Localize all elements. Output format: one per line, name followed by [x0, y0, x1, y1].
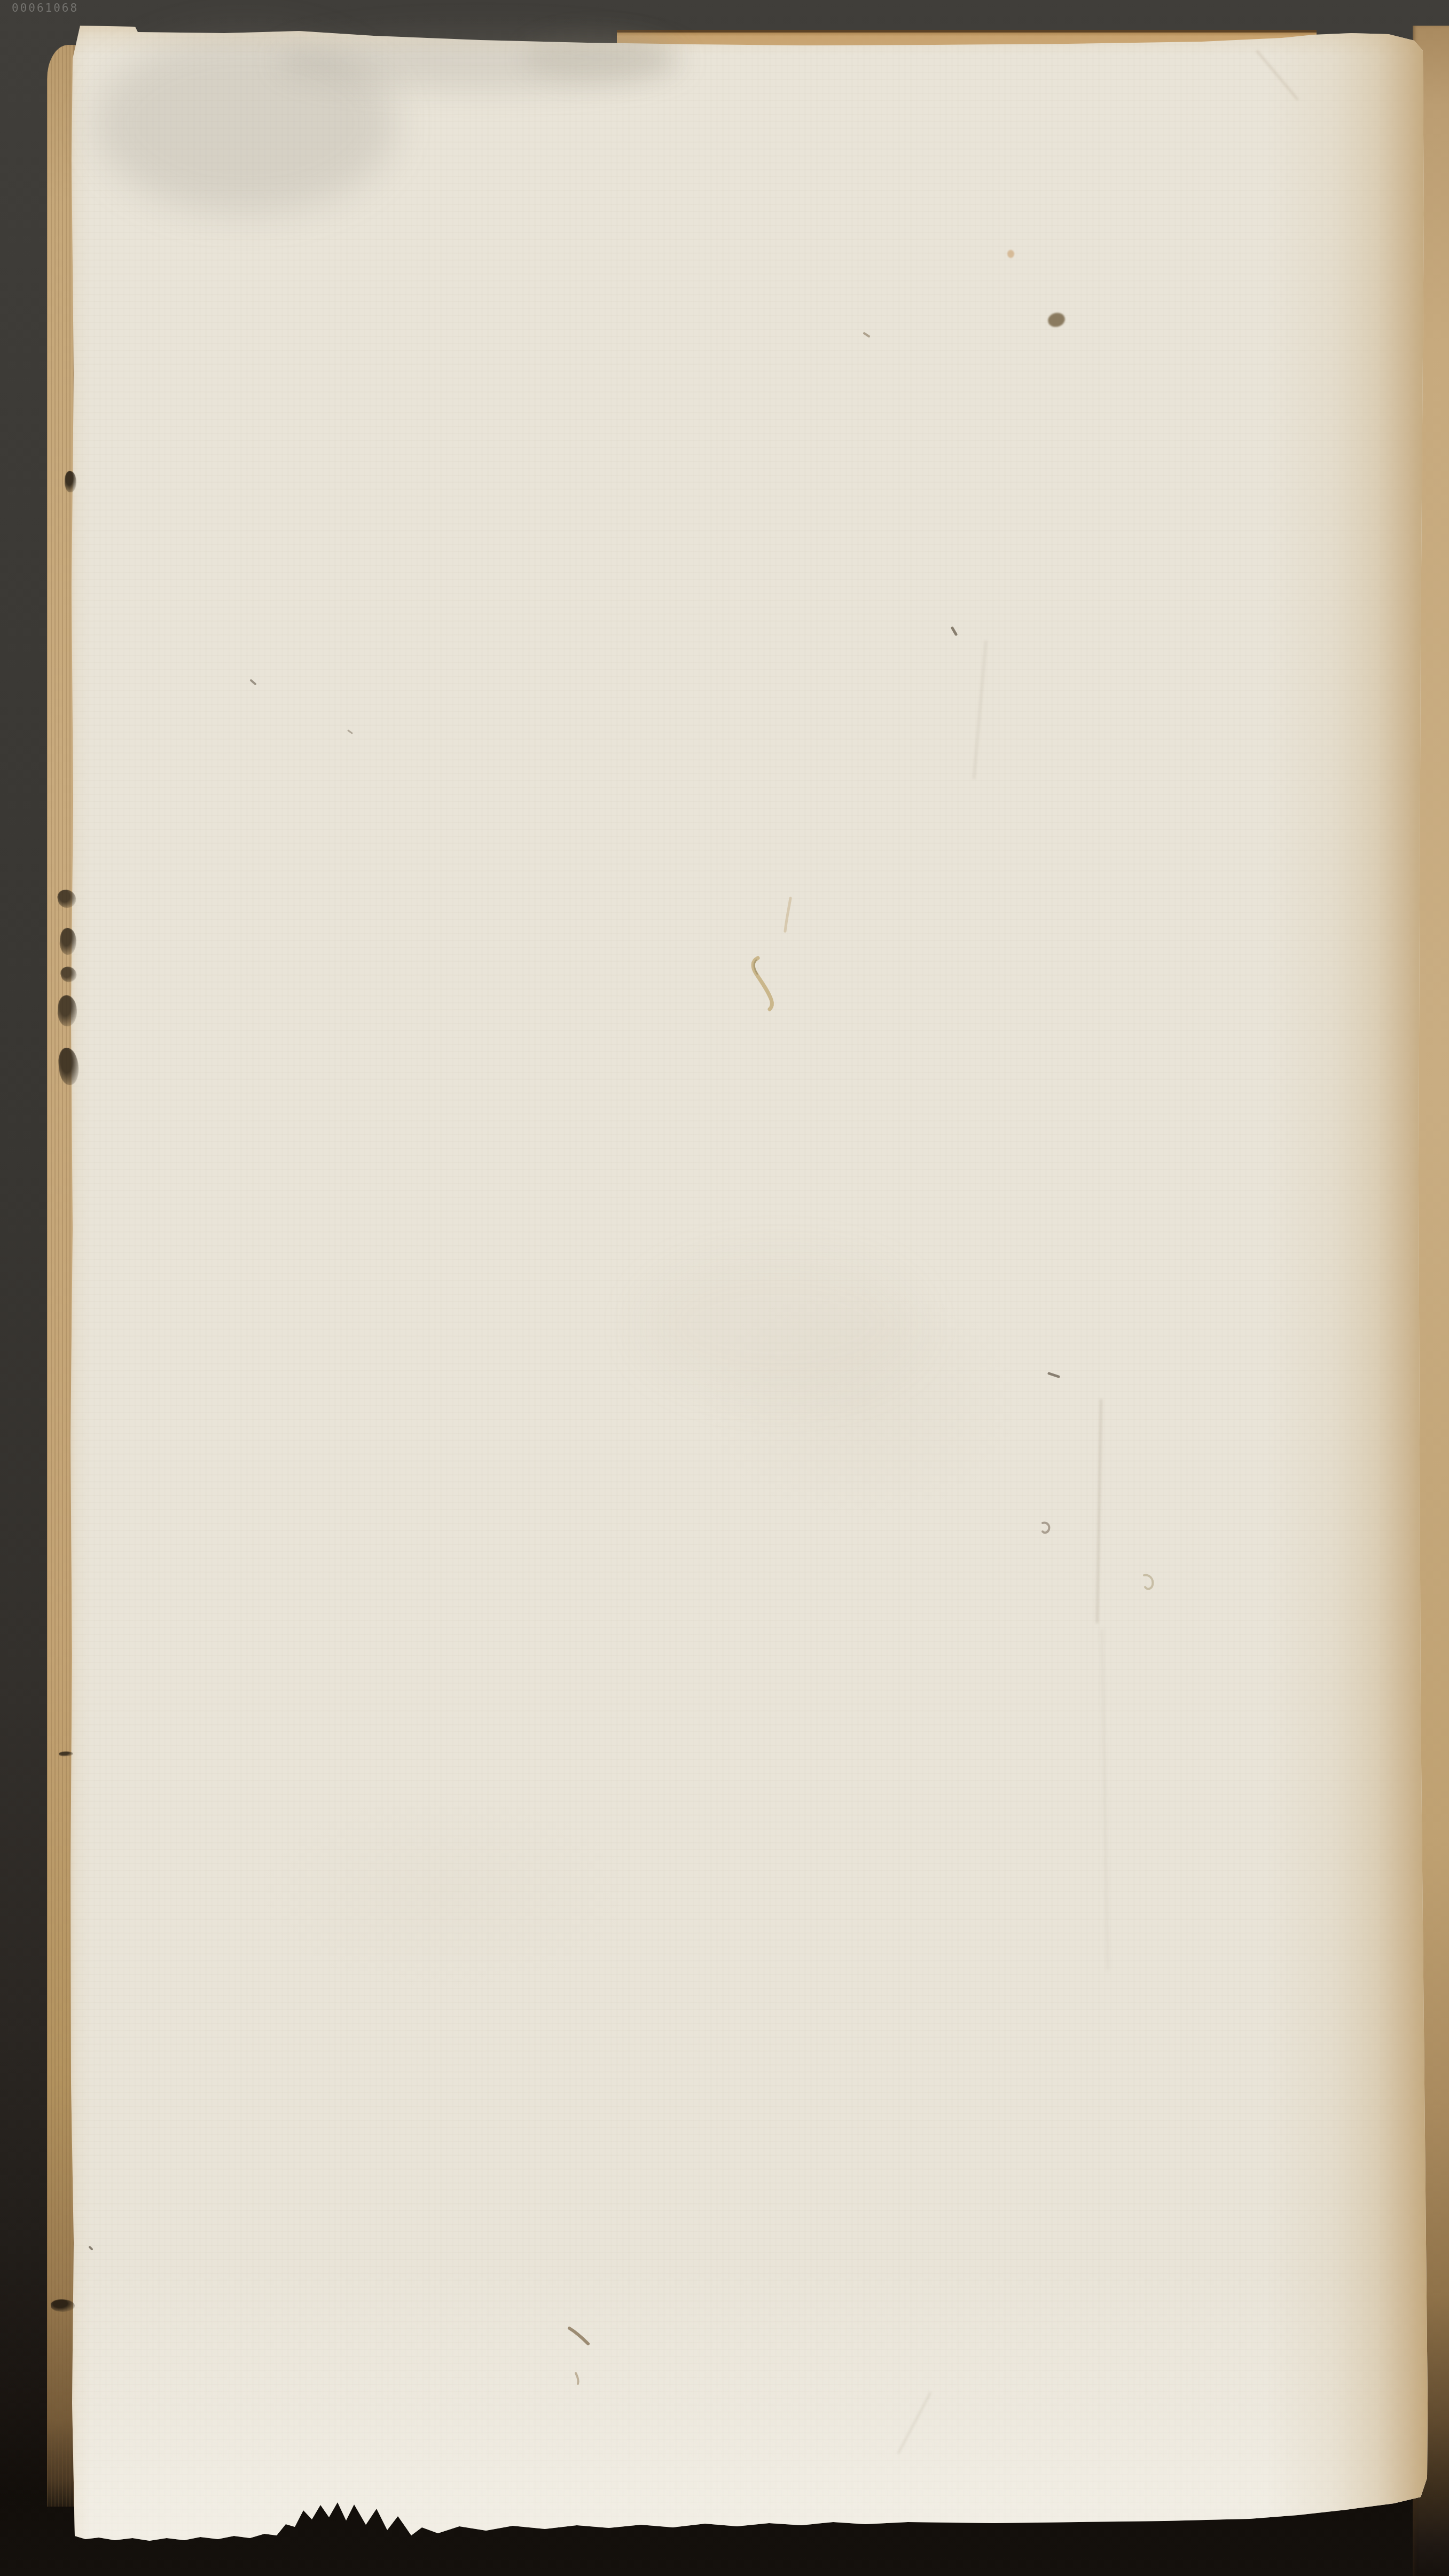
watermark-id: 00061068: [12, 2, 79, 14]
blank-book-page: [70, 23, 1428, 2542]
page-stack-edge-left: [47, 45, 76, 2507]
scan-viewer: 00061068: [0, 0, 1449, 2576]
